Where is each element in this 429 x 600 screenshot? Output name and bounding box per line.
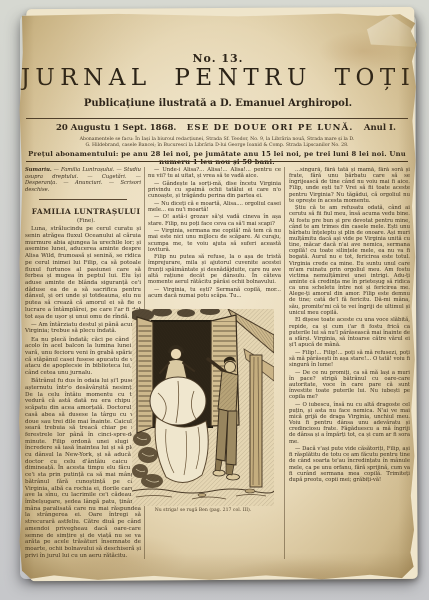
article-title: FAMILIA LUNTRAȘULUI <box>25 208 141 217</box>
summary-label: Sumariu. <box>25 167 52 173</box>
article-paragraph: — Unde-i Alisa?... Alisa!... Alisa!... p… <box>148 167 281 179</box>
article-paragraph: Bătrânul fu dus în odaia lui și'l puse î… <box>25 378 141 559</box>
header-divider <box>26 161 408 162</box>
column-2: — Unde-i Alisa?... Alisa!... Alisa!... p… <box>148 167 281 310</box>
summary-divider <box>39 199 127 200</box>
column-1: Sumariu. — Familia Luntrașului. — Studiu… <box>25 167 141 565</box>
subscription-note: Abonamentele se facu: În Iași la biuroul… <box>26 137 408 149</box>
masthead-divider <box>26 118 408 119</box>
article-paragraph: — Am întârziatu destul și până acuma, Vi… <box>25 322 141 335</box>
article-paragraph: Ea nu plecă îndată; căci pe când era aco… <box>25 337 141 377</box>
article-paragraph: — Filip!... Filip!... poți să mă refusez… <box>289 350 410 368</box>
newspaper-title: JURNAL PENTRU TOȚI <box>18 65 418 91</box>
newspaper-page: No. 13. JURNAL PENTRU TOȚI Publicațiune … <box>18 13 418 581</box>
article-paragraph: ...singură, fără tată și mamă, fără soră… <box>289 167 410 204</box>
article-paragraph: — O iubescu, însă nu cu altă dragoste ce… <box>289 402 410 445</box>
article-paragraph: — O! astă-i grozav să'și vadă cineva în … <box>148 214 281 226</box>
issue-number: No. 13. <box>18 52 418 65</box>
woodcut-illustration <box>132 309 274 506</box>
column-separator <box>284 167 285 559</box>
article-paragraph: — Virginia, tu ești? Sermană copilă, mor… <box>148 287 281 299</box>
article-paragraph: — Gândește la sorți-mă, dise încetu Virg… <box>148 181 281 199</box>
article-paragraph: — Nu diceți că e moartă, Alisa.... orgol… <box>148 201 281 213</box>
article-paragraph: — Virginia, sermana me copilă! mă tem că… <box>148 228 281 253</box>
column-2-text: — Unde-i Alisa?... Alisa!... Alisa!... p… <box>148 167 281 299</box>
subscription-line-1: Abonamentele se facu: În Iași la biuroul… <box>26 137 408 143</box>
article-paragraph: Luna, strălucindu pe cerul curatu și sen… <box>25 226 141 320</box>
volume-label: Anul I. <box>364 123 408 133</box>
scanned-newspaper-photo: { "page": { "issue_number": "No. 13.", "… <box>0 0 429 600</box>
subscription-line-2: G. Hildebrand, casele Bancei; în Bucures… <box>26 143 408 149</box>
summary-block: Sumariu. — Familia Luntrașului. — Studiu… <box>25 167 141 193</box>
masthead-subtitle: Publicațiune ilustrată a D. Emanuel Argh… <box>18 98 418 109</box>
illustration-caption: Nu striga! se rugă Ben (pag. 217 col. II… <box>122 508 284 513</box>
article-paragraph: Filip nu putea să refuse, la o așa de tr… <box>148 254 281 285</box>
issue-date: 20 Augustu 1 Sept. 1868. <box>26 123 176 133</box>
dateline: 20 Augustu 1 Sept. 1868. ESE DE DOUE ORI… <box>26 123 408 133</box>
article-subtitle: (Fine). <box>25 218 141 224</box>
torn-corner <box>367 15 415 47</box>
column-3-text: ...singură, fără tată și mamă, fără soră… <box>289 167 410 483</box>
article-paragraph: — Dacă v'ași pute vide căsătoriți, Filip… <box>289 446 410 483</box>
article-paragraph: El dișese toate aceste cu una voce slăbi… <box>289 317 410 348</box>
price-line: Prețul abonamentului: pe anu 28 lei noi,… <box>26 150 408 166</box>
frequency-note: ESE DE DOUE ORI PE LUNĂ. <box>176 123 364 133</box>
article-paragraph: Știu că te am refusatu odată, când ai ce… <box>289 205 410 316</box>
column-3: ...singură, fără tată și mamă, fără soră… <box>289 167 410 565</box>
article-paragraph: — De ce nu promiți, ca să mă lași a muri… <box>289 370 410 401</box>
